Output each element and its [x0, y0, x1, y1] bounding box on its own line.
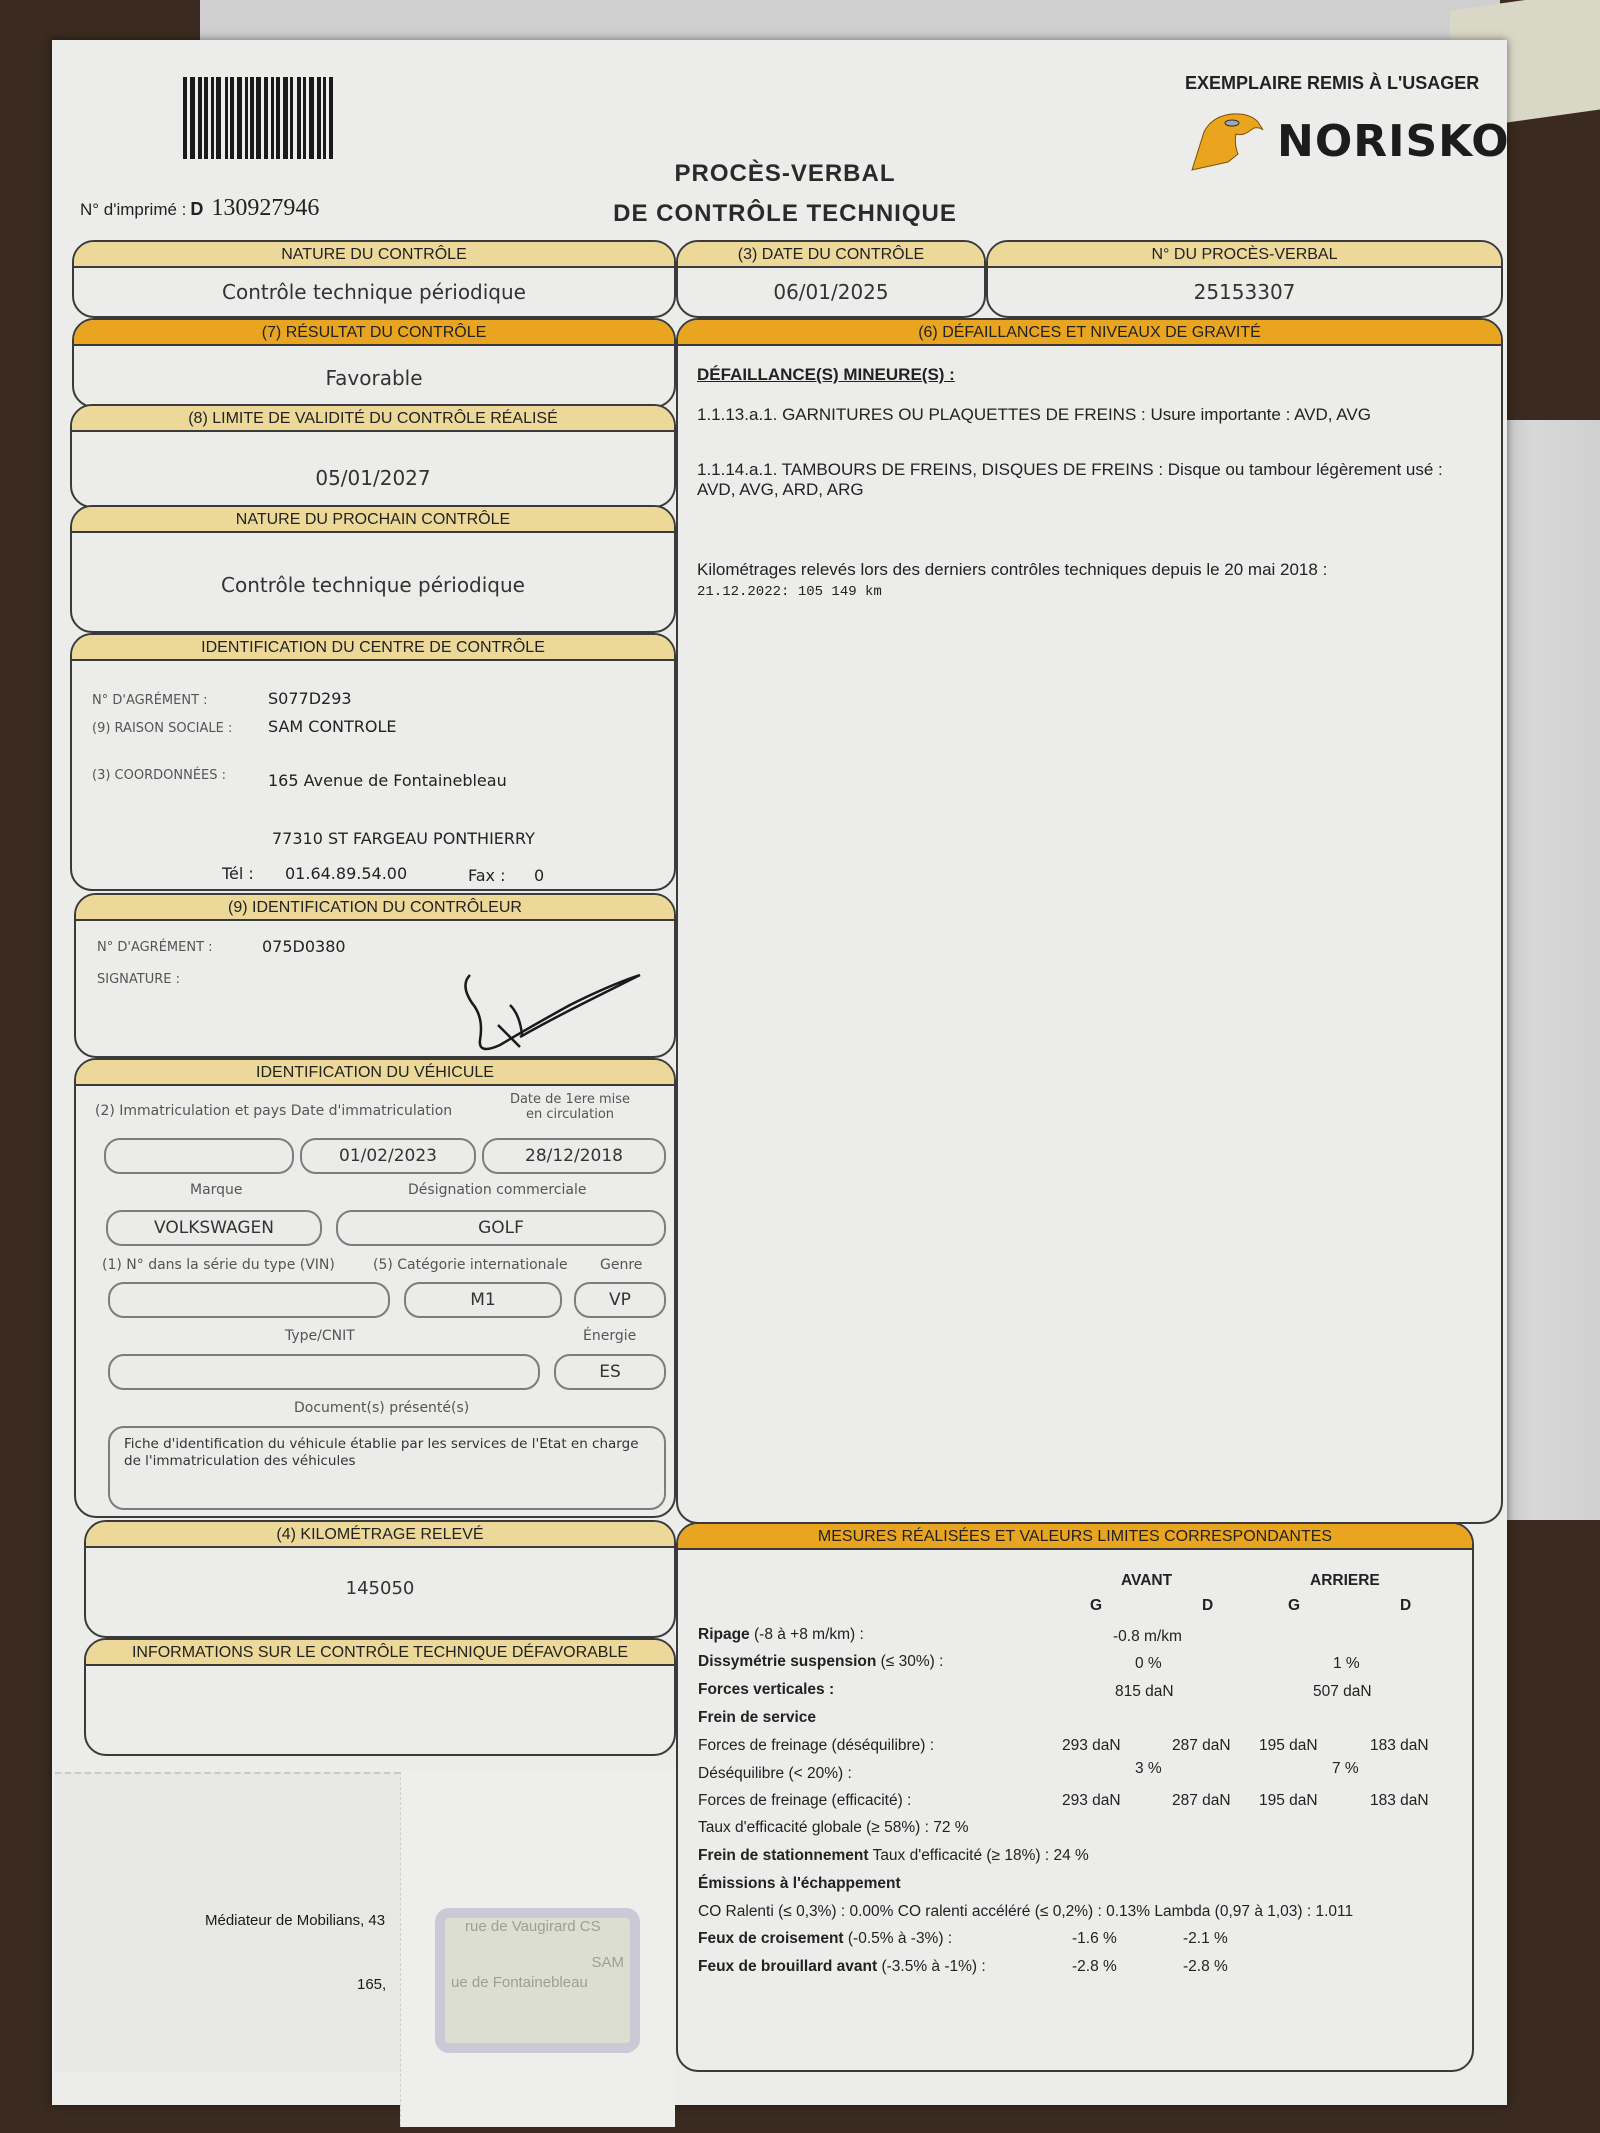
forces-verticales-avant: 815 daN [1115, 1683, 1174, 1701]
centre-fax-label: Fax : [468, 866, 505, 885]
ripage-label: Ripage [698, 1626, 750, 1643]
marque-label: Marque [190, 1182, 243, 1198]
limite-validite-value: 05/01/2027 [72, 432, 674, 490]
col-arriere-g: G [1288, 1597, 1300, 1615]
dissym-limit: (≤ 30%) : [881, 1653, 944, 1670]
col-arriere: ARRIERE [1310, 1572, 1380, 1590]
numero-pv-box: N° DU PROCÈS-VERBAL 25153307 [986, 240, 1503, 318]
croisement-label: Feux de croisement [698, 1930, 844, 1947]
centre-box: IDENTIFICATION DU CENTRE DE CONTRÔLE [70, 633, 676, 891]
centre-raison-label: (9) RAISON SOCIALE : [92, 721, 232, 736]
vehicule-header: IDENTIFICATION DU VÉHICULE [76, 1060, 674, 1086]
type-cnit-label: Type/CNIT [285, 1328, 355, 1344]
ripage-value: -0.8 m/km [1113, 1628, 1182, 1646]
brouillard-limit: (-3.5% à -1%) : [881, 1958, 985, 1975]
mesures-header: MESURES RÉALISÉES ET VALEURS LIMITES COR… [678, 1524, 1472, 1550]
categorie-label: (5) Catégorie internationale [373, 1257, 568, 1273]
col-avant-d: D [1202, 1597, 1213, 1615]
kilometrage-header: (4) KILOMÉTRAGE RELEVÉ [86, 1522, 674, 1548]
vin-field [108, 1282, 390, 1318]
taux-global: Taux d'efficacité globale (≥ 58%) : 72 % [698, 1819, 969, 1837]
forces-deseq-avd: 287 daN [1172, 1737, 1231, 1755]
controleur-header: (9) IDENTIFICATION DU CONTRÔLEUR [76, 895, 674, 921]
document-subtitle: DE CONTRÔLE TECHNIQUE [540, 200, 1030, 228]
deseq-arriere-value: 7 % [1332, 1760, 1359, 1778]
defaillances-header: (6) DÉFAILLANCES ET NIVEAUX DE GRAVITÉ [678, 320, 1501, 346]
brouillard-d-value: -2.8 % [1183, 1958, 1228, 1976]
premiere-mise-label: Date de 1ere mise en circulation [500, 1092, 640, 1122]
window-text-line2: SAM [591, 1954, 624, 1971]
date-immatriculation-field: 01/02/2023 [300, 1138, 476, 1174]
centre-header: IDENTIFICATION DU CENTRE DE CONTRÔLE [72, 635, 674, 661]
signature-icon [450, 965, 650, 1065]
controleur-agrement-label: N° D'AGRÉMENT : [97, 940, 213, 955]
print-number-label: N° d'imprimé : [80, 200, 186, 219]
brouillard-label: Feux de brouillard avant [698, 1958, 877, 1975]
croisement-limit: (-0.5% à -3%) : [848, 1930, 952, 1947]
numero-pv-header: N° DU PROCÈS-VERBAL [988, 242, 1501, 268]
info-defavorable-box: INFORMATIONS SUR LE CONTRÔLE TECHNIQUE D… [84, 1638, 676, 1756]
centre-agrement-label: N° D'AGRÉMENT : [92, 693, 208, 708]
immatriculation-label: (2) Immatriculation et pays Date d'immat… [95, 1103, 452, 1119]
marque-field: VOLKSWAGEN [106, 1210, 322, 1246]
brand-name: NORISKO [1277, 116, 1510, 167]
emissions-value: CO Ralenti (≤ 0,3%) : 0.00% CO ralenti a… [698, 1903, 1353, 1921]
resultat-header: (7) RÉSULTAT DU CONTRÔLE [74, 320, 674, 346]
croisement-g-value: -1.6 % [1072, 1930, 1117, 1948]
col-arriere-d: D [1400, 1597, 1411, 1615]
designation-label: Désignation commerciale [408, 1182, 586, 1198]
documents-field: Fiche d'identification du véhicule établ… [108, 1426, 666, 1510]
forces-verticales-label: Forces verticales : [698, 1681, 834, 1698]
type-cnit-field [108, 1354, 540, 1390]
info-defavorable-header: INFORMATIONS SUR LE CONTRÔLE TECHNIQUE D… [86, 1640, 674, 1666]
envelope-window: rue de Vaugirard CS SAM ue de Fontainebl… [435, 1908, 640, 2053]
nature-controle-header: NATURE DU CONTRÔLE [74, 242, 674, 268]
defaillance-item: 1.1.13.a.1. GARNITURES OU PLAQUETTES DE … [697, 405, 1457, 425]
kilometrage-value: 145050 [86, 1548, 674, 1599]
nature-controle-box: NATURE DU CONTRÔLE Contrôle technique pé… [72, 240, 676, 318]
energie-field: ES [554, 1354, 666, 1390]
controleur-agrement-value: 075D0380 [262, 937, 346, 956]
controleur-signature-label: SIGNATURE : [97, 972, 180, 987]
frein-stationnement-label: Frein de stationnement [698, 1847, 869, 1864]
prochain-controle-box: NATURE DU PROCHAIN CONTRÔLE Contrôle tec… [70, 505, 676, 633]
print-number: N° d'imprimé :D130927946 [80, 195, 319, 222]
print-series: D [190, 199, 203, 219]
window-text-line3: ue de Fontainebleau [451, 1974, 588, 1991]
date-controle-value: 06/01/2025 [678, 268, 984, 304]
centre-fax-value: 0 [534, 866, 544, 885]
forces-deseq-arg: 195 daN [1259, 1737, 1318, 1755]
centre-agrement-value: S077D293 [268, 689, 352, 708]
col-avant: AVANT [1121, 1572, 1172, 1590]
limite-validite-box: (8) LIMITE DE VALIDITÉ DU CONTRÔLE RÉALI… [70, 404, 676, 508]
genre-label: Genre [600, 1257, 642, 1273]
document-title: PROCÈS-VERBAL [560, 160, 1010, 188]
forces-eff-ard: 183 daN [1370, 1792, 1429, 1810]
barcode [183, 77, 523, 159]
designation-field: GOLF [336, 1210, 666, 1246]
genre-field: VP [574, 1282, 666, 1318]
immatriculation-field [104, 1138, 294, 1174]
forces-eff-label: Forces de freinage (efficacité) : [698, 1792, 911, 1810]
croisement-d-value: -2.1 % [1183, 1930, 1228, 1948]
mediateur-text: Médiateur de Mobilians, 43 [205, 1912, 385, 1929]
km-history-label: Kilométrages relevés lors des derniers c… [697, 560, 1477, 580]
window-text-line1: rue de Vaugirard CS [465, 1918, 601, 1935]
categorie-field: M1 [404, 1282, 562, 1318]
km-history-value: 21.12.2022: 105 149 km [697, 582, 882, 602]
centre-raison-value: SAM CONTROLE [268, 717, 397, 736]
brand-logo: NORISKO [1190, 110, 1510, 172]
forces-deseq-ard: 183 daN [1370, 1737, 1429, 1755]
forces-deseq-label: Forces de freinage (déséquilibre) : [698, 1737, 934, 1755]
vin-label: (1) N° dans la série du type (VIN) [102, 1257, 335, 1273]
centre-address-line1: 165 Avenue de Fontainebleau [268, 771, 507, 790]
documents-label: Document(s) présenté(s) [294, 1400, 469, 1416]
brouillard-g-value: -2.8 % [1072, 1958, 1117, 1976]
centre-coord-label: (3) COORDONNÉES : [92, 768, 226, 783]
copy-notice: EXEMPLAIRE REMIS À L'USAGER [1185, 73, 1479, 94]
dissym-avant-value: 0 % [1135, 1655, 1162, 1673]
nature-controle-value: Contrôle technique périodique [74, 268, 674, 304]
frein-stationnement-value: Taux d'efficacité (≥ 18%) : 24 % [873, 1847, 1089, 1864]
emissions-label: Émissions à l'échappement [698, 1875, 901, 1892]
deseq-label: Déséquilibre (< 20%) : [698, 1765, 852, 1783]
dissym-label: Dissymétrie suspension [698, 1653, 876, 1670]
frein-service-label: Frein de service [698, 1709, 816, 1726]
date-premiere-mise-field: 28/12/2018 [482, 1138, 666, 1174]
forces-deseq-avg: 293 daN [1062, 1737, 1121, 1755]
mediateur-address-partial: 165, [357, 1976, 386, 1993]
forces-eff-avg: 293 daN [1062, 1792, 1121, 1810]
prochain-controle-header: NATURE DU PROCHAIN CONTRÔLE [72, 507, 674, 533]
centre-tel-label: Tél : [222, 864, 254, 883]
limite-validite-header: (8) LIMITE DE VALIDITÉ DU CONTRÔLE RÉALI… [72, 406, 674, 432]
resultat-value: Favorable [74, 346, 674, 390]
forces-eff-avd: 287 daN [1172, 1792, 1231, 1810]
forces-verticales-arriere: 507 daN [1313, 1683, 1372, 1701]
ripage-limit: (-8 à +8 m/km) : [754, 1626, 864, 1643]
forces-eff-arg: 195 daN [1259, 1792, 1318, 1810]
date-controle-box: (3) DATE DU CONTRÔLE 06/01/2025 [676, 240, 986, 318]
prochain-controle-value: Contrôle technique périodique [72, 533, 674, 597]
print-number-value: 130927946 [211, 195, 319, 221]
col-avant-g: G [1090, 1597, 1102, 1615]
energie-label: Énergie [583, 1328, 636, 1344]
eagle-head-icon [1190, 110, 1265, 172]
kilometrage-box: (4) KILOMÉTRAGE RELEVÉ 145050 [84, 1520, 676, 1638]
numero-pv-value: 25153307 [988, 268, 1501, 304]
defaillance-item: 1.1.14.a.1. TAMBOURS DE FREINS, DISQUES … [697, 460, 1457, 500]
dissym-arriere-value: 1 % [1333, 1655, 1360, 1673]
defaillances-minor-title: DÉFAILLANCE(S) MINEURE(S) : [697, 365, 955, 385]
resultat-box: (7) RÉSULTAT DU CONTRÔLE Favorable [72, 318, 676, 408]
centre-address-line2: 77310 ST FARGEAU PONTHIERRY [272, 829, 535, 848]
date-controle-header: (3) DATE DU CONTRÔLE [678, 242, 984, 268]
deseq-avant-value: 3 % [1135, 1760, 1162, 1778]
centre-tel-value: 01.64.89.54.00 [285, 864, 407, 883]
